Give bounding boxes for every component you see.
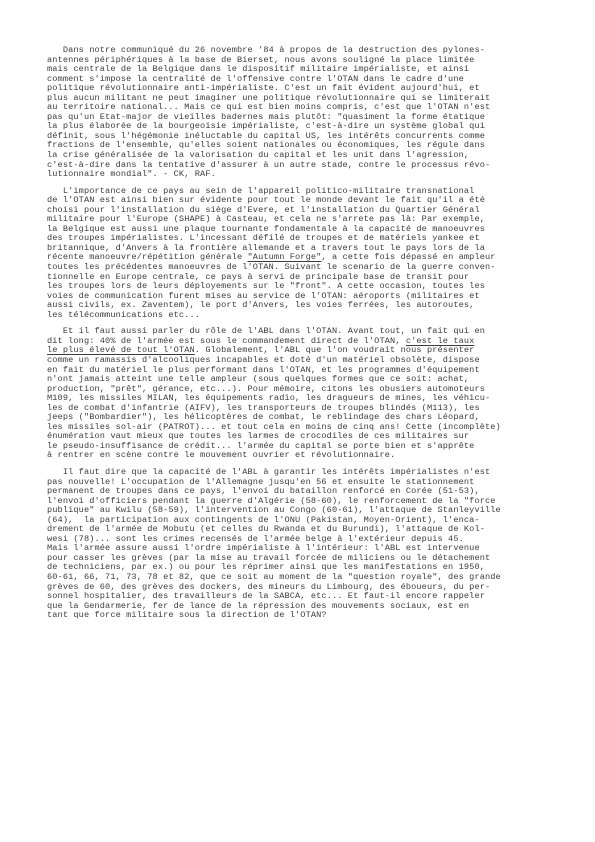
text-line: à rentrer en scène contre le mouvement o… bbox=[47, 451, 567, 461]
underlined-text: c'est le taux bbox=[406, 336, 475, 346]
text-line: lutionnaire mondial". - CK, RAF. bbox=[47, 170, 567, 180]
text-line: tant que force militaire sous la directi… bbox=[47, 611, 567, 621]
paragraph-abl-history: Il faut dire que la capacité de l'ABL à … bbox=[47, 468, 567, 621]
paragraph-belgium-importance: L'importance de ce pays au sein de l'app… bbox=[47, 187, 567, 321]
underlined-text: le plus élevé de tout l'OTAN bbox=[47, 345, 195, 355]
document-page: Dans notre communiqué du 26 novembre '84… bbox=[0, 0, 595, 842]
underlined-text: "Autumn Forge" bbox=[248, 252, 322, 262]
paragraph-abl-role: Et il faut aussi parler du rôle de l'ABL… bbox=[47, 327, 567, 461]
text-line: les télécommunications etc... bbox=[47, 311, 567, 321]
paragraph-intro: Dans notre communiqué du 26 novembre '84… bbox=[47, 46, 567, 180]
document-body: Dans notre communiqué du 26 novembre '84… bbox=[47, 46, 567, 628]
